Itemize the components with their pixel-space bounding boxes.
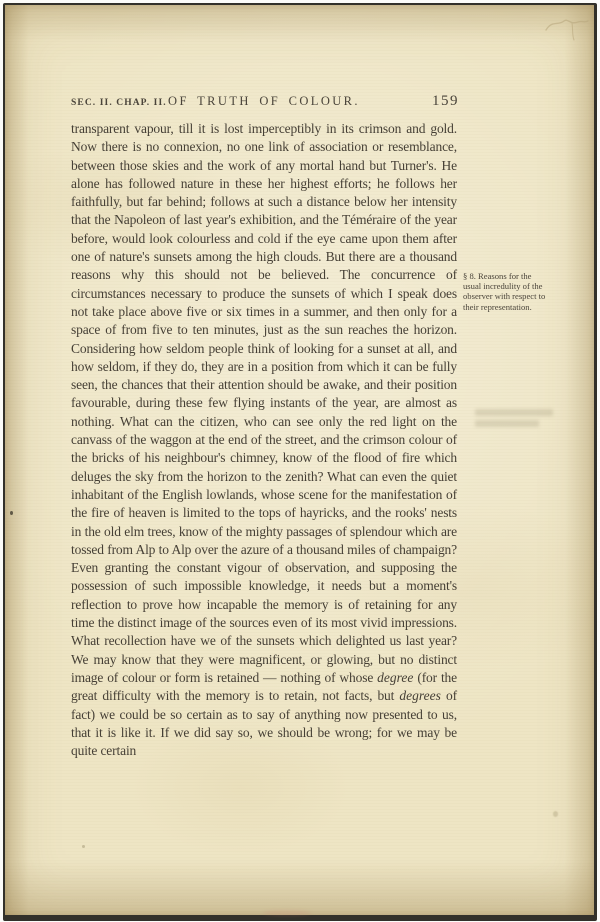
body-paragraph: transparent vapour, till it is lost impe…	[71, 120, 457, 760]
stain-mark	[263, 910, 311, 916]
pencil-mark	[553, 811, 558, 817]
ink-speck	[82, 845, 85, 848]
ink-speck	[10, 511, 13, 515]
book-scan-image: { "meta": { "paper_color": "#eee5c4", "i…	[0, 0, 600, 922]
show-through-mark	[475, 409, 553, 416]
marginal-note: § 8. Reasons for the usual incredulity o…	[463, 271, 551, 312]
show-through-mark	[475, 420, 539, 427]
scanned-page: SEC. II. CHAP. II. OF TRUTH OF COLOUR. 1…	[3, 3, 597, 921]
pencil-squiggle-icon	[538, 10, 596, 48]
page-header: SEC. II. CHAP. II. OF TRUTH OF COLOUR. 1…	[71, 93, 457, 110]
page-number: 159	[432, 93, 459, 110]
running-title: OF TRUTH OF COLOUR.	[71, 94, 457, 109]
